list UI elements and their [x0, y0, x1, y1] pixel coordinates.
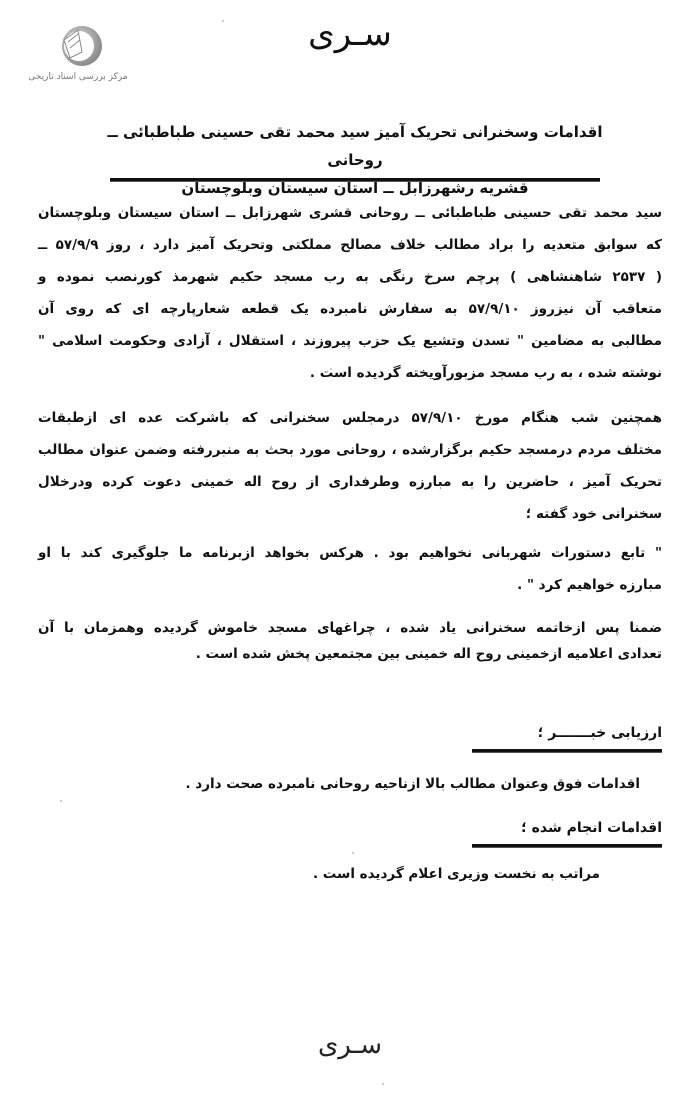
- archive-logo-caption: مرکز بررسی اسناد تاریخی: [22, 72, 134, 82]
- evaluation-heading-underline: [472, 749, 662, 753]
- text-line: همچنین شب هنگام مورخ ۵۷/۹/۱۰ درمجلس سخنر…: [38, 402, 662, 434]
- scan-speck: [352, 852, 354, 854]
- paragraph-1: سید محمد تقی حسینی طباطبائی ــ روحانی قش…: [38, 197, 662, 389]
- text-line: که سوابق متعدیه را براد مطالب خلاف مصالح…: [38, 229, 662, 261]
- classification-stamp-bottom: سـری: [0, 1030, 700, 1060]
- text-line: سخنرانی خود گفته ؛: [38, 498, 662, 530]
- paragraph-3: ضمنا پس ازخاتمه سخنرانی یاد شده ، چراغها…: [38, 615, 662, 667]
- classification-stamp-top: سـری: [0, 14, 700, 54]
- scan-speck: [222, 20, 224, 22]
- text-line: سید محمد تقی حسینی طباطبائی ــ روحانی قش…: [38, 197, 662, 229]
- text-line: تعدادی اعلامیه ازخمینی روح اله خمینی بین…: [38, 641, 662, 667]
- title-underline: [110, 178, 600, 182]
- text-line: " تابع دستورات شهربانی نخواهیم بود . هرک…: [38, 537, 662, 569]
- text-line: مختلف مردم درمسجد حکیم برگزارشده ، روحان…: [38, 434, 662, 466]
- text-line: متعاقب آن نیزروز ۵۷/۹/۱۰ به سفارش نامبرد…: [38, 293, 662, 325]
- title-line-1: اقدامات وسخنرانی تحریک آمیز سید محمد تقی…: [90, 118, 620, 174]
- actions-taken-heading: اقدامات انجام شده ؛: [472, 820, 662, 848]
- evaluation-heading: ارزیابی خبـــــــر ؛: [472, 725, 662, 753]
- actions-taken-heading-underline: [472, 844, 662, 848]
- quoted-speech: " تابع دستورات شهربانی نخواهیم بود . هرک…: [38, 537, 662, 601]
- text-line: ( ۲۵۳۷ شاهنشاهی ) پرچم سرخ رنگی به رب مس…: [38, 261, 662, 293]
- paragraph-2: همچنین شب هنگام مورخ ۵۷/۹/۱۰ درمجلس سخنر…: [38, 402, 662, 530]
- evaluation-heading-label: ارزیابی خبـــــــر ؛: [538, 725, 662, 741]
- text-line: مطالبی به مضامین " تسدن وتشیع یک حزب پیر…: [38, 325, 662, 357]
- text-line: مبارزه خواهیم کرد " .: [38, 569, 662, 601]
- scan-speck: [60, 800, 62, 802]
- evaluation-text: اقدامات فوق وعنوان مطالب بالا ازناحیه رو…: [80, 776, 640, 792]
- actions-taken-text: مراتب به نخست وزیری اعلام گردیده است .: [100, 866, 600, 882]
- document-title: اقدامات وسخنرانی تحریک آمیز سید محمد تقی…: [90, 118, 620, 202]
- actions-taken-heading-label: اقدامات انجام شده ؛: [521, 820, 662, 836]
- text-line: ضمنا پس ازخاتمه سخنرانی یاد شده ، چراغها…: [38, 615, 662, 641]
- text-line: تحریک آمیز ، حاضرین را به مبارزه وطرفدار…: [38, 466, 662, 498]
- text-line: نوشته شده ، به رب مسجد مزبورآویخته گردید…: [38, 357, 662, 389]
- scan-speck: [382, 1083, 384, 1085]
- scan-speck: [330, 368, 332, 370]
